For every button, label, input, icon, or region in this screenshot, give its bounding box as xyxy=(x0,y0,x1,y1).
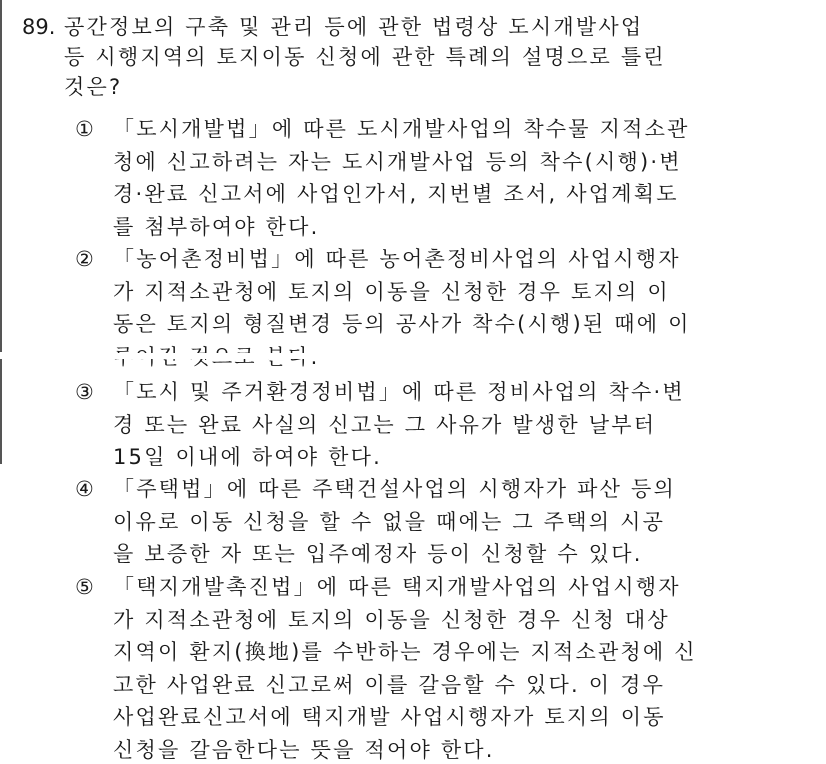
question-text: 공간정보의 구축 및 관리 등에 관한 법령상 도시개발사업 등 시행지역의 토… xyxy=(64,12,812,102)
option-text: 「주택법」에 따른 주택건설사업의 시행자가 파산 등의 이유로 이동 신청을 … xyxy=(113,473,793,571)
left-border-top xyxy=(0,0,2,352)
option-text: 「택지개발촉진법」에 따른 택지개발사업의 사업시행자 가 지적소관청에 토지의… xyxy=(113,571,793,764)
question-line: 공간정보의 구축 및 관리 등에 관한 법령상 도시개발사업 xyxy=(64,12,812,42)
option-line: 사업완료신고서에 택지개발 사업시행자가 토지의 이동 xyxy=(113,701,793,734)
option-line: 「주택법」에 따른 주택건설사업의 시행자가 파산 등의 xyxy=(113,473,793,506)
option-marker: ⑤ xyxy=(75,571,113,764)
option-line: 고한 사업완료 신고로써 이를 갈음할 수 있다. 이 경우 xyxy=(113,669,793,702)
question-line: 등 시행지역의 토지이동 신청에 관한 특례의 설명으로 틀린 xyxy=(64,42,812,72)
option-line: 지역이 환지(換地)를 수반하는 경우에는 지적소관청에 신 xyxy=(113,636,793,669)
option-line: 이유로 이동 신청을 할 수 없을 때에는 그 주택의 시공 xyxy=(113,506,793,539)
option-line: 청에 신고하려는 자는 도시개발사업 등의 착수(시행)·변 xyxy=(113,146,793,179)
option-line: 신청을 갈음한다는 뜻을 적어야 한다. xyxy=(113,734,793,764)
option-line: 를 첨부하여야 한다. xyxy=(113,211,793,244)
option-line: 「택지개발촉진법」에 따른 택지개발사업의 사업시행자 xyxy=(113,571,793,604)
option-3[interactable]: ③ 「도시 및 주거환경정비법」에 따른 정비사업의 착수·변 경 또는 완료 … xyxy=(75,376,793,474)
question-stem: 89. 공간정보의 구축 및 관리 등에 관한 법령상 도시개발사업 등 시행지… xyxy=(22,12,812,102)
question-line: 것은? xyxy=(64,72,812,102)
option-4[interactable]: ④ 「주택법」에 따른 주택건설사업의 시행자가 파산 등의 이유로 이동 신청… xyxy=(75,473,793,571)
option-marker: ③ xyxy=(75,376,113,474)
option-line: 경 또는 완료 사실의 신고는 그 사유가 발생한 날부터 xyxy=(113,409,793,442)
option-line: 동은 토지의 형질변경 등의 공사가 착수(시행)된 때에 이 xyxy=(113,308,793,341)
question-number: 89. xyxy=(22,12,64,102)
option-marker: ① xyxy=(75,113,113,243)
option-line: 가 지적소관청에 토지의 이동을 신청한 경우 신청 대상 xyxy=(113,604,793,637)
option-line: 「농어촌정비법」에 따른 농어촌정비사업의 사업시행자 xyxy=(113,243,793,276)
option-5[interactable]: ⑤ 「택지개발촉진법」에 따른 택지개발사업의 사업시행자 가 지적소관청에 토… xyxy=(75,571,793,764)
left-border-bottom xyxy=(0,358,2,464)
option-line: 경·완료 신고서에 사업인가서, 지번별 조서, 사업계획도 xyxy=(113,178,793,211)
option-1[interactable]: ① 「도시개발법」에 따른 도시개발사업의 착수물 지적소관 청에 신고하려는 … xyxy=(75,113,793,243)
option-text: 「도시 및 주거환경정비법」에 따른 정비사업의 착수·변 경 또는 완료 사실… xyxy=(113,376,793,474)
option-line: 을 보증한 자 또는 입주예정자 등이 신청할 수 있다. xyxy=(113,538,793,571)
page-break-seam xyxy=(0,353,826,359)
option-line: 「도시개발법」에 따른 도시개발사업의 착수물 지적소관 xyxy=(113,113,793,146)
option-text: 「도시개발법」에 따른 도시개발사업의 착수물 지적소관 청에 신고하려는 자는… xyxy=(113,113,793,243)
option-line: 가 지적소관청에 토지의 이동을 신청한 경우 토지의 이 xyxy=(113,276,793,309)
option-line: 15일 이내에 하여야 한다. xyxy=(113,441,793,474)
option-line: 「도시 및 주거환경정비법」에 따른 정비사업의 착수·변 xyxy=(113,376,793,409)
option-marker: ④ xyxy=(75,473,113,571)
